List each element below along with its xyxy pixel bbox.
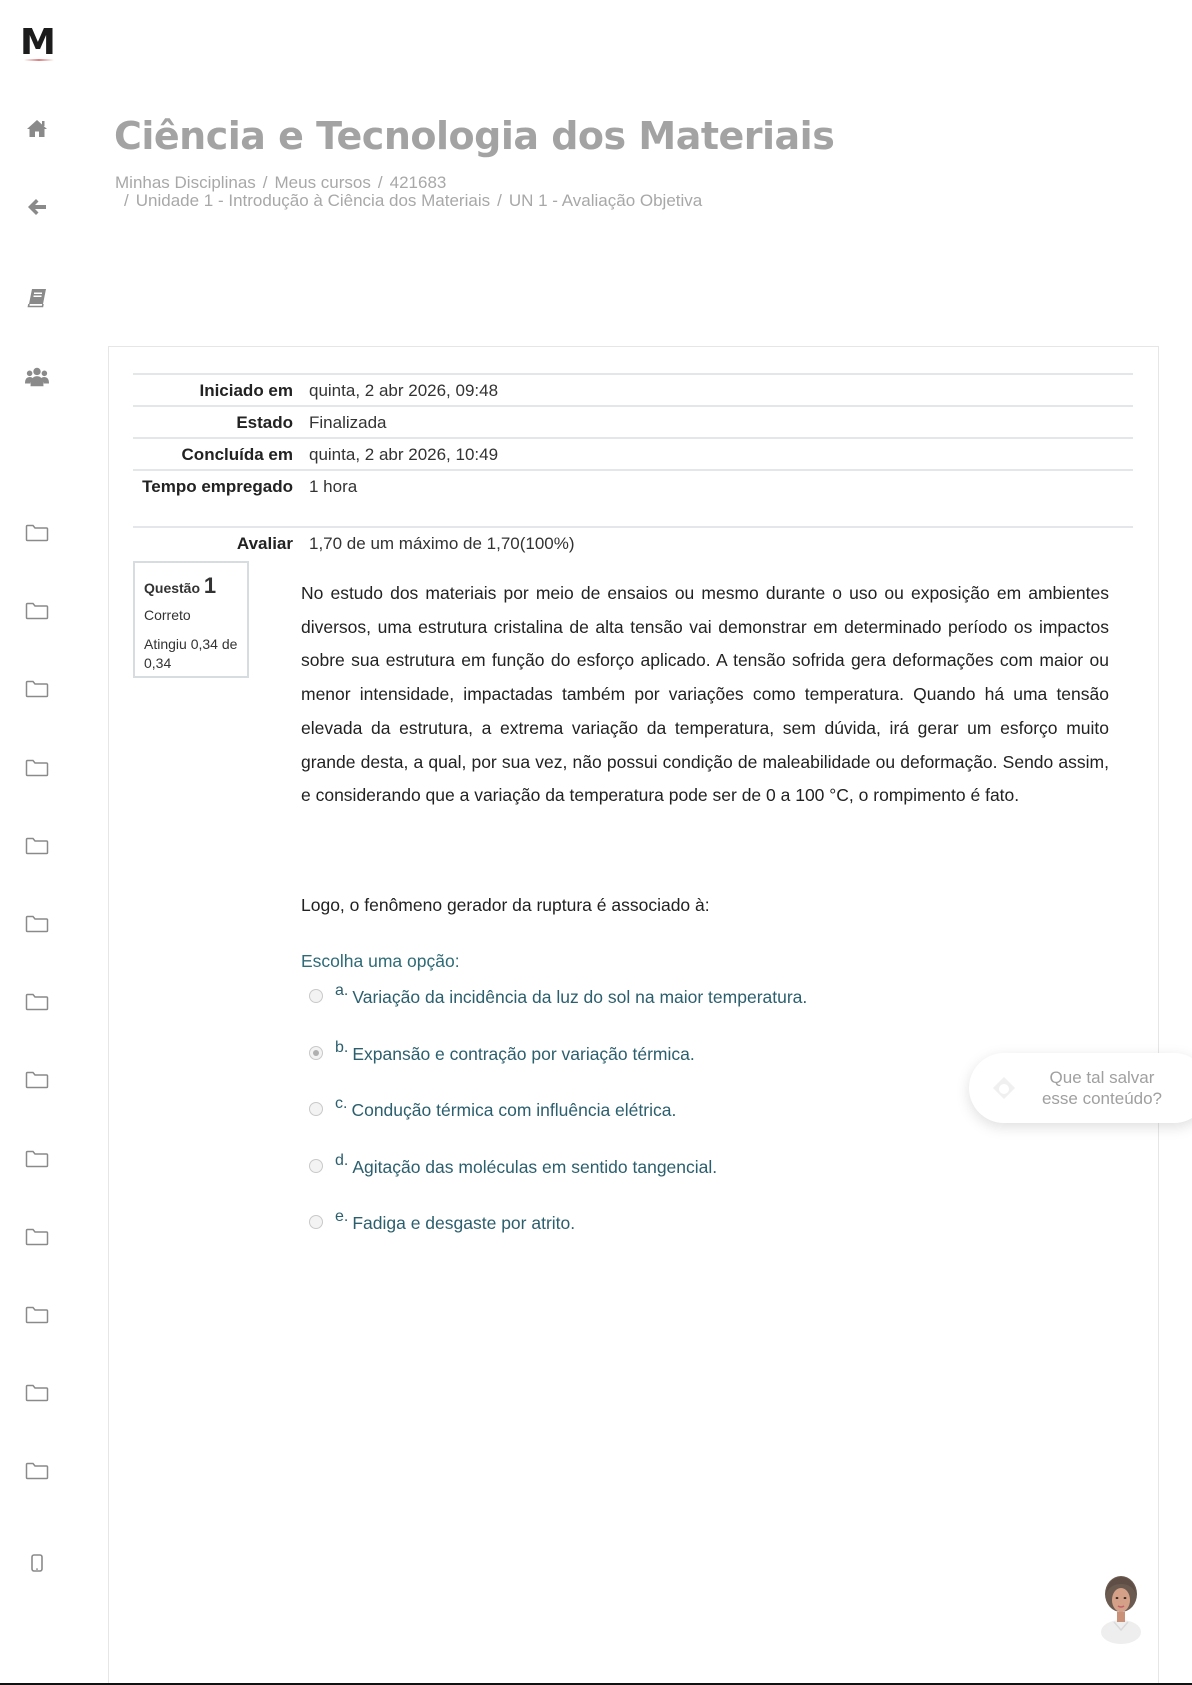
choose-option-label: Escolha uma opção: [301,951,460,972]
attempt-summary-table: Iniciado emquinta, 2 abr 2026, 09:48 Est… [133,373,1133,558]
folder-icon[interactable] [25,521,49,545]
option-letter: b. [335,1039,348,1057]
summary-label: Tempo empregado [133,470,293,527]
quiz-review-card: Iniciado emquinta, 2 abr 2026, 09:48 Est… [108,346,1159,1685]
summary-label: Concluída em [133,438,293,470]
summary-value: quinta, 2 abr 2026, 09:48 [293,374,1133,406]
folder-icon[interactable] [25,1381,49,1405]
radio-button[interactable] [309,1159,323,1173]
question-label: Questão [144,580,200,596]
logo-text: M [20,27,58,59]
radio-button[interactable] [309,1046,323,1060]
logo-underline [24,59,54,61]
option-text: Condução térmica com influência elétrica… [351,1100,676,1121]
book-icon[interactable] [25,286,49,310]
folder-icon[interactable] [25,599,49,623]
radio-button[interactable] [309,1102,323,1116]
folder-icon[interactable] [25,756,49,780]
answer-option-b[interactable]: b.Expansão e contração por variação térm… [309,1041,807,1098]
answer-option-c[interactable]: c.Condução térmica com influência elétri… [309,1097,807,1154]
breadcrumb-minhas-disciplinas[interactable]: Minhas Disciplinas [115,173,256,192]
question-info-box: Questão 1 Correto Atingiu 0,34 de 0,34 [133,561,249,678]
question-number: 1 [204,573,216,598]
option-letter: d. [335,1152,348,1170]
summary-value: quinta, 2 abr 2026, 10:49 [293,438,1133,470]
summary-value: Finalizada [293,406,1133,438]
summary-row-state: EstadoFinalizada [133,406,1133,438]
breadcrumb-avaliacao[interactable]: UN 1 - Avaliação Objetiva [509,191,702,210]
folder-icon[interactable] [25,1459,49,1483]
answer-option-d[interactable]: d.Agitação das moléculas em sentido tang… [309,1154,807,1211]
summary-value: 1,70 de um máximo de 1,70(100%) [293,527,1133,558]
summary-value: 1 hora [293,470,1133,527]
summary-row-time: Tempo empregado1 hora [133,470,1133,527]
bookmark-icon [991,1075,1017,1101]
home-icon[interactable] [25,116,49,140]
folder-icon[interactable] [25,1303,49,1327]
radio-button[interactable] [309,1215,323,1229]
summary-label: Avaliar [133,527,293,558]
question-grade: Atingiu 0,34 de 0,34 [144,635,247,673]
folder-icon[interactable] [25,912,49,936]
breadcrumb-meus-cursos[interactable]: Meus cursos [275,173,371,192]
question-state: Correto [144,607,247,623]
answer-options: a.Variação da incidência da luz do sol n… [309,984,807,1267]
question-text: No estudo dos materiais por meio de ensa… [301,577,1109,813]
option-text: Expansão e contração por variação térmic… [352,1044,694,1065]
option-letter: e. [335,1208,348,1226]
sidebar: M [0,0,74,1685]
assistant-avatar[interactable] [1096,1572,1146,1644]
breadcrumb-unidade[interactable]: Unidade 1 - Introdução à Ciência dos Mat… [136,191,490,210]
option-text: Fadiga e desgaste por atrito. [352,1213,575,1234]
summary-label: Estado [133,406,293,438]
mobile-icon[interactable] [25,1551,49,1575]
answer-option-e[interactable]: e.Fadiga e desgaste por atrito. [309,1210,807,1267]
folder-icon[interactable] [25,1225,49,1249]
save-prompt-line1: Que tal salvar [1027,1067,1177,1088]
folder-icon[interactable] [25,677,49,701]
arrow-left-icon[interactable] [25,195,49,219]
users-icon[interactable] [25,365,49,389]
option-text: Variação da incidência da luz do sol na … [352,987,807,1008]
summary-row-started: Iniciado emquinta, 2 abr 2026, 09:48 [133,374,1133,406]
page-title: Ciência e Tecnologia dos Materiais [114,114,834,158]
question-prompt: Logo, o fenômeno gerador da ruptura é as… [301,895,710,916]
folder-icon[interactable] [25,1147,49,1171]
folder-icon[interactable] [25,1068,49,1092]
logo[interactable]: M [20,27,58,61]
answer-option-a[interactable]: a.Variação da incidência da luz do sol n… [309,984,807,1041]
breadcrumb: Minhas Disciplinas/Meus cursos/421683 /U… [115,174,702,210]
summary-label: Iniciado em [133,374,293,406]
save-prompt-line2: esse conteúdo? [1027,1088,1177,1109]
folder-icon[interactable] [25,834,49,858]
option-letter: c. [335,1095,347,1113]
breadcrumb-course-id[interactable]: 421683 [390,173,447,192]
folder-icon[interactable] [25,990,49,1014]
option-text: Agitação das moléculas em sentido tangen… [352,1157,717,1178]
summary-row-completed: Concluída emquinta, 2 abr 2026, 10:49 [133,438,1133,470]
save-content-bubble[interactable]: Que tal salvar esse conteúdo? [969,1053,1192,1123]
radio-button[interactable] [309,989,323,1003]
summary-row-grade: Avaliar1,70 de um máximo de 1,70(100%) [133,527,1133,558]
option-letter: a. [335,982,348,1000]
